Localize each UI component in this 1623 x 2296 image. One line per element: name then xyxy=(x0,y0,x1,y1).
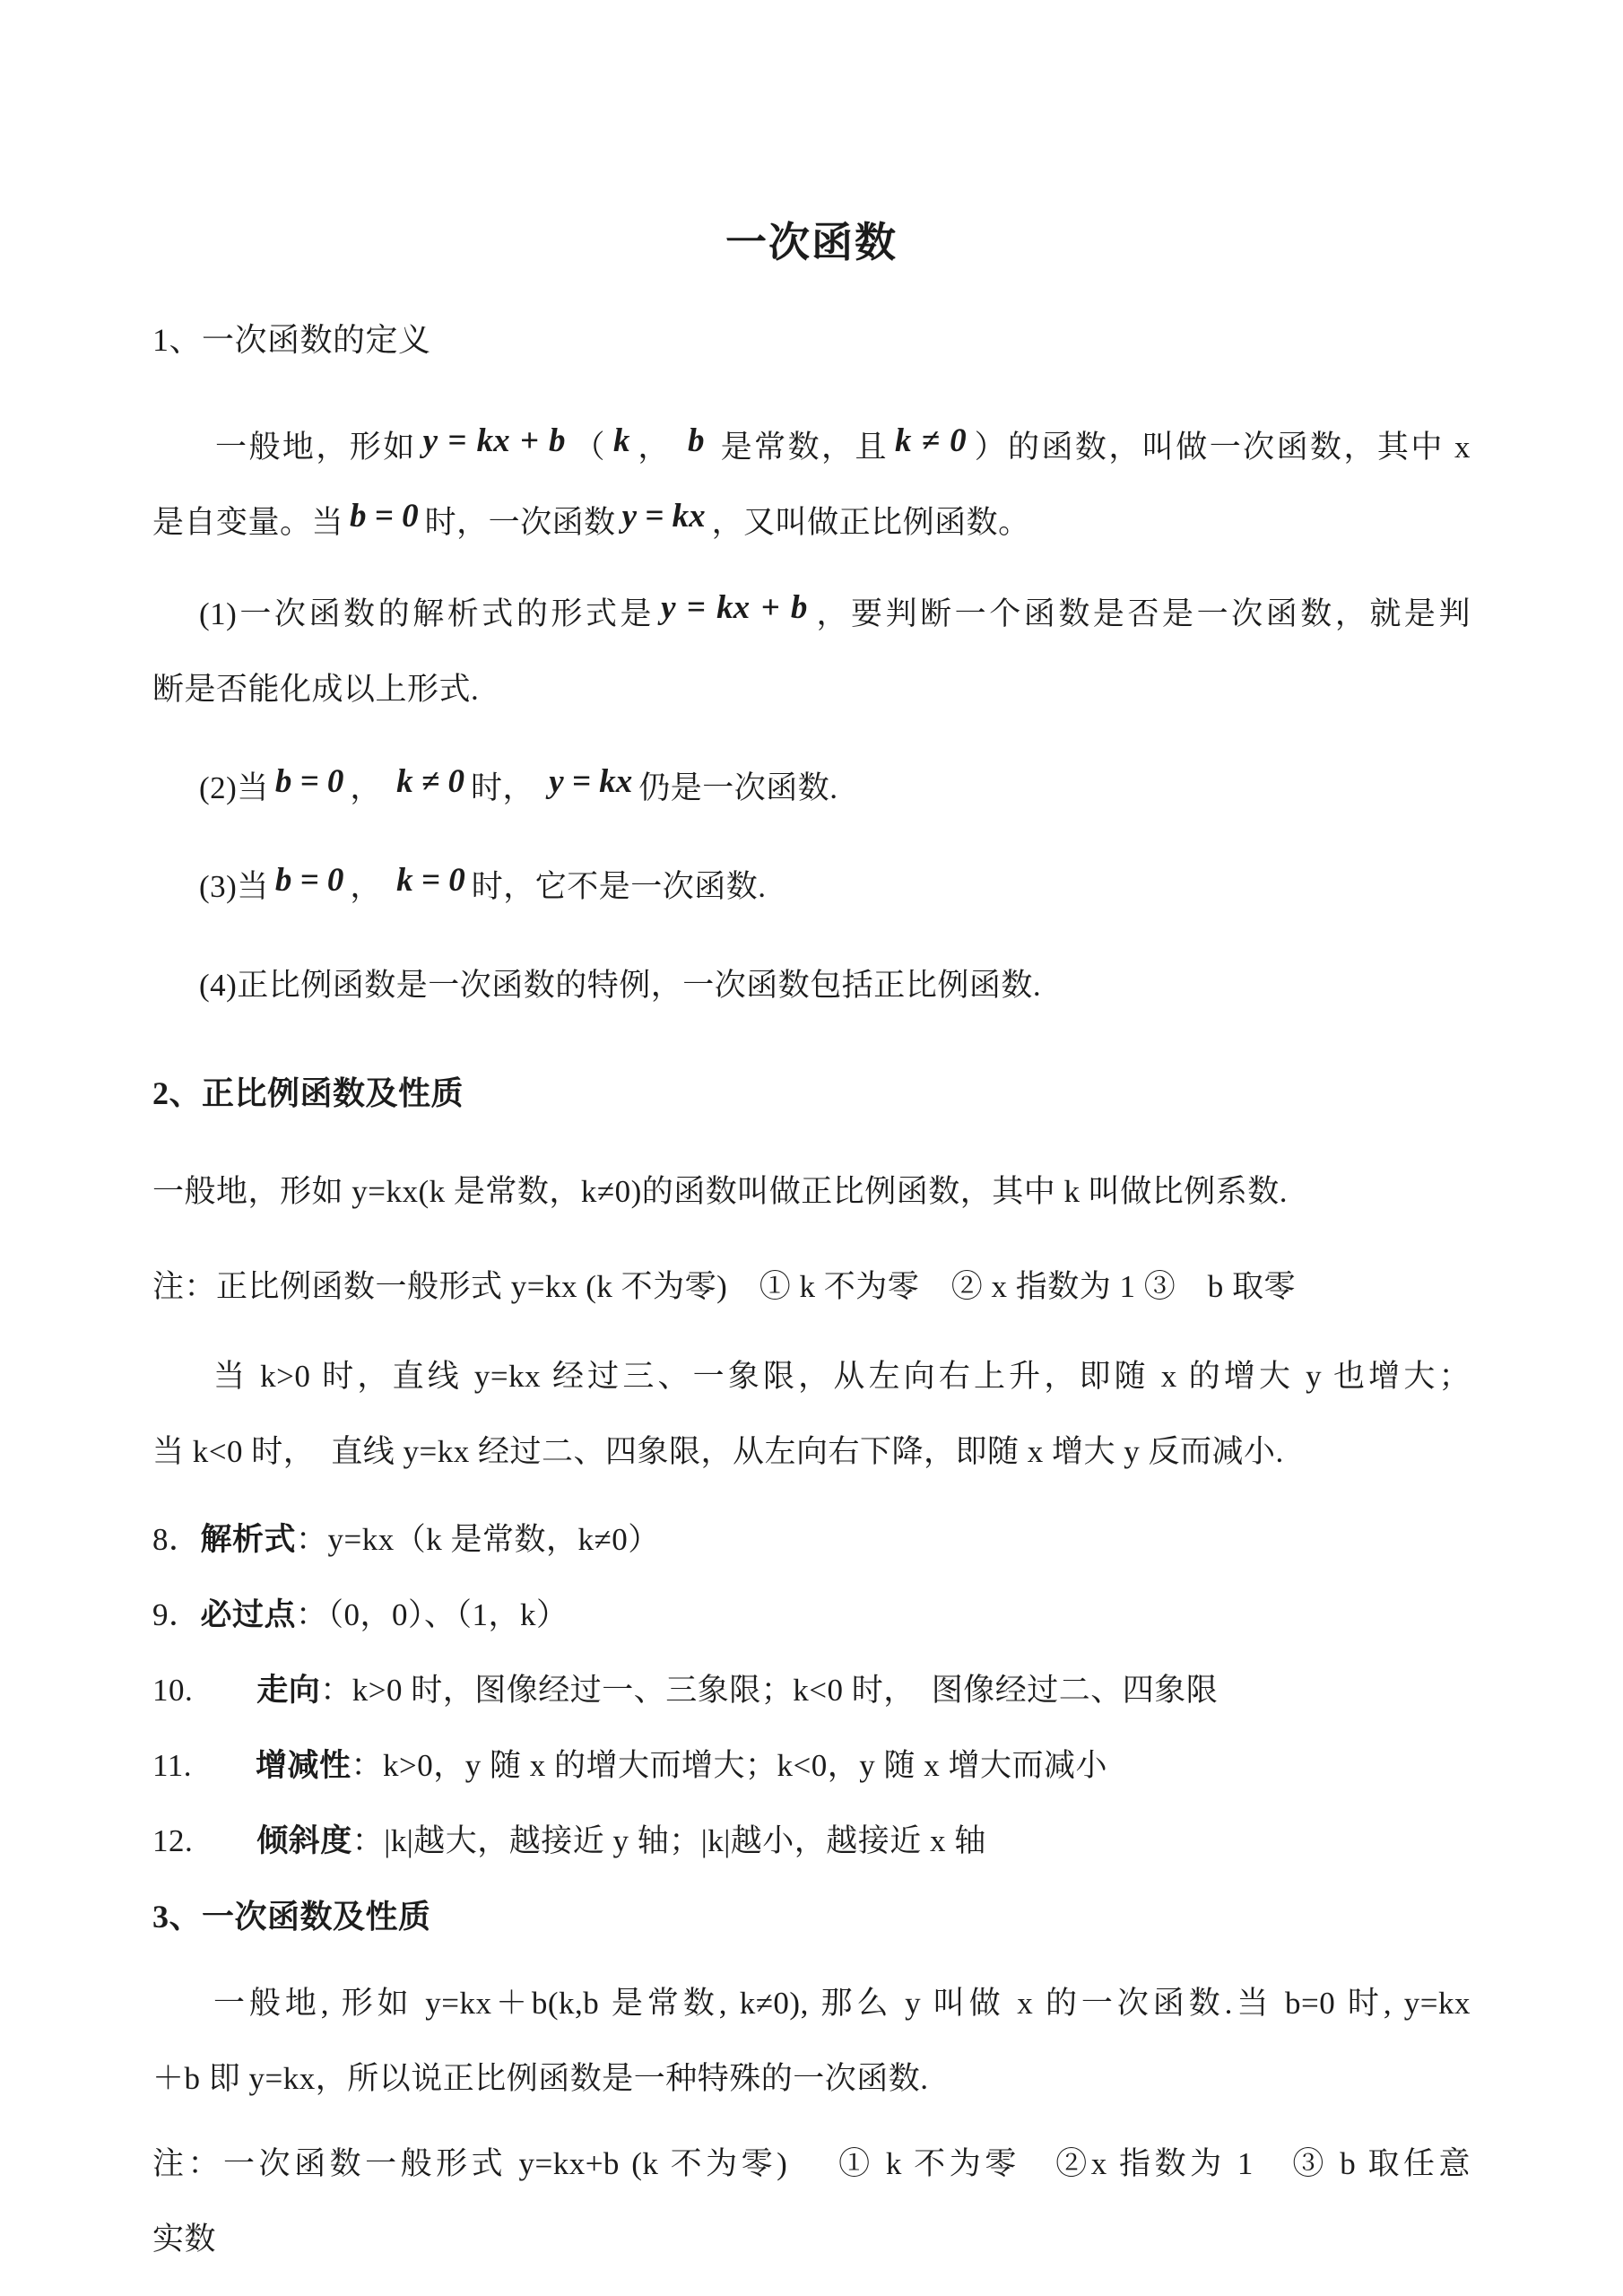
list-item-10: 10. 走向：k>0 时，图像经过一、三象限；k<0 时， 图像经过二、四象限 xyxy=(152,1653,1471,1728)
text-run: 8． xyxy=(152,1522,201,1557)
text-run: 3、一次函数及性质 xyxy=(152,1899,431,1935)
text-run: 时，它不是一次函数. xyxy=(472,869,767,904)
point-4-line: (4)正比例函数是一次函数的特例，一次函数包括正比例函数. xyxy=(152,948,1471,1023)
text-run: 一般地, 形如 y=kx＋b(k,b 是常数, k≠0), 那么 y 叫做 x … xyxy=(213,1986,1471,2021)
text-run: 1、一次函数的定义 xyxy=(152,322,431,358)
text-run: 12. xyxy=(152,1823,256,1858)
math-formula: y = kx + b xyxy=(655,589,813,626)
text-run: 是常数，且 xyxy=(711,430,889,465)
text-run: 注：一次函数一般形式 y=kx+b (k 不为零) ① k 不为零 ②x 指数为… xyxy=(152,2146,1471,2181)
math-formula: y = kx xyxy=(542,763,638,800)
document-title: 一次函数 xyxy=(152,205,1471,281)
text-run: 时，一次函数 xyxy=(425,505,616,540)
section-3-paragraph-line-1: 一般地, 形如 y=kx＋b(k,b 是常数, k≠0), 那么 y 叫做 x … xyxy=(152,1966,1471,2041)
text-run: (4)正比例函数是一次函数的特例，一次函数包括正比例函数. xyxy=(199,968,1041,1003)
math-formula: k ≠ 0 xyxy=(390,763,471,800)
text-run: 实数 xyxy=(152,2222,216,2257)
text-run: 倾斜度 xyxy=(256,1823,352,1858)
text-run: 一般地，形如 y=kx(k 是常数，k≠0)的函数叫做正比例函数，其中 k 叫做… xyxy=(152,1174,1288,1209)
text-run: 是自变量。当 xyxy=(152,505,343,540)
math-formula: k ≠ 0 xyxy=(889,422,973,459)
text-run: ：k>0 时，图像经过一、三象限；k<0 时， 图像经过二、四象限 xyxy=(320,1673,1218,1708)
text-run: 9． xyxy=(152,1597,201,1632)
text-run: ， xyxy=(636,430,681,465)
document-page: 一次函数 1、一次函数的定义 一般地，形如y = kx + b（k， b 是常数… xyxy=(0,0,1623,2296)
text-run: ， xyxy=(350,770,390,805)
list-item-9: 9．必过点：（0，0）、（1，k） xyxy=(152,1578,1471,1653)
text-run: ， xyxy=(350,869,390,904)
definition-paragraph-line-2: 是自变量。当b = 0时，一次函数y = kx，又叫做正比例函数。 xyxy=(152,485,1471,561)
point-3-line: (3)当b = 0， k = 0时，它不是一次函数. xyxy=(152,849,1471,925)
text-run: 必过点 xyxy=(201,1597,297,1632)
text-run: ＋b 即 y=kx，所以说正比例函数是一种特殊的一次函数. xyxy=(152,2061,929,2096)
text-run: 2、正比例函数及性质 xyxy=(152,1075,464,1111)
note-2-line-1: 注：一次函数一般形式 y=kx+b (k 不为零) ① k 不为零 ②x 指数为… xyxy=(152,2126,1471,2202)
text-run: ，要判断一个函数是否是一次函数，就是判 xyxy=(813,596,1471,631)
math-formula: y = kx + b xyxy=(417,422,572,459)
text-run: 注：正比例函数一般形式 y=kx (k 不为零) ① k 不为零 ② x 指数为… xyxy=(152,1269,1296,1304)
section-3-heading: 3、一次函数及性质 xyxy=(152,1879,1471,1954)
point-2-line: (2)当b = 0， k ≠ 0时， y = kx仍是一次函数. xyxy=(152,751,1471,826)
point-1-line-2: 断是否能化成以上形式. xyxy=(152,652,1471,727)
note-2-line-2: 实数 xyxy=(152,2202,1471,2277)
section-3-paragraph-line-2: ＋b 即 y=kx，所以说正比例函数是一种特殊的一次函数. xyxy=(152,2041,1471,2117)
text-run: 一般地，形如 xyxy=(215,430,417,465)
math-formula: k xyxy=(607,422,637,459)
text-run: 10. xyxy=(152,1673,256,1708)
point-1-line-1: (1)一次函数的解析式的形式是y = kx + b，要判断一个函数是否是一次函数… xyxy=(152,577,1471,652)
k-negative-line: 当 k<0 时， 直线 y=kx 经过二、四象限，从左向右下降，即随 x 增大 … xyxy=(152,1414,1471,1490)
list-item-12: 12. 倾斜度：|k|越大，越接近 y 轴；|k|越小，越接近 x 轴 xyxy=(152,1804,1471,1879)
text-run: 当 k<0 时， 直线 y=kx 经过二、四象限，从左向右下降，即随 x 增大 … xyxy=(152,1434,1284,1469)
text-run: 增减性 xyxy=(256,1748,352,1783)
text-run: 仍是一次函数. xyxy=(638,770,838,805)
text-run: 11. xyxy=(152,1748,256,1783)
text-run: 解析式 xyxy=(201,1522,297,1557)
text-run: 当 k>0 时，直线 y=kx 经过三、一象限，从左向右上升，即随 x 的增大 … xyxy=(213,1359,1471,1394)
text-run: ：（0，0）、（1，k） xyxy=(296,1597,568,1632)
list-item-11: 11. 增减性：k>0，y 随 x 的增大而增大；k<0，y 随 x 增大而减小 xyxy=(152,1728,1471,1804)
k-positive-line: 当 k>0 时，直线 y=kx 经过三、一象限，从左向右上升，即随 x 的增大 … xyxy=(152,1339,1471,1414)
note-1-line: 注：正比例函数一般形式 y=kx (k 不为零) ① k 不为零 ② x 指数为… xyxy=(152,1249,1471,1325)
text-run: 断是否能化成以上形式. xyxy=(152,672,479,707)
text-run: 一次函数 xyxy=(725,220,898,265)
text-run: ：k>0，y 随 x 的增大而增大；k<0，y 随 x 增大而减小 xyxy=(351,1748,1107,1783)
math-formula: b xyxy=(681,422,711,459)
text-run: (3)当 xyxy=(199,869,269,904)
list-item-8: 8．解析式：y=kx（k 是常数，k≠0） xyxy=(152,1502,1471,1578)
math-formula: b = 0 xyxy=(343,498,425,535)
text-run: （ xyxy=(572,430,607,465)
text-run: ）的函数，叫做一次函数，其中 x xyxy=(973,430,1471,465)
math-formula: y = kx xyxy=(616,498,712,535)
definition-paragraph-line-1: 一般地，形如y = kx + b（k， b 是常数，且k ≠ 0）的函数，叫做一… xyxy=(152,410,1471,485)
text-run: ：y=kx（k 是常数，k≠0） xyxy=(296,1522,660,1557)
text-run: (2)当 xyxy=(199,770,269,805)
math-formula: b = 0 xyxy=(269,862,351,899)
section-1-heading: 1、一次函数的定义 xyxy=(152,302,1471,378)
text-run: ：|k|越大，越接近 y 轴；|k|越小，越接近 x 轴 xyxy=(352,1823,986,1858)
section-2-paragraph: 一般地，形如 y=kx(k 是常数，k≠0)的函数叫做正比例函数，其中 k 叫做… xyxy=(152,1154,1471,1230)
math-formula: k = 0 xyxy=(390,862,472,899)
text-run: ，又叫做正比例函数。 xyxy=(712,505,1030,540)
math-formula: b = 0 xyxy=(269,763,351,800)
text-run: (1)一次函数的解析式的形式是 xyxy=(199,596,655,631)
section-2-heading: 2、正比例函数及性质 xyxy=(152,1056,1471,1131)
text-run: 走向 xyxy=(256,1673,320,1708)
text-run: 时， xyxy=(471,770,542,805)
